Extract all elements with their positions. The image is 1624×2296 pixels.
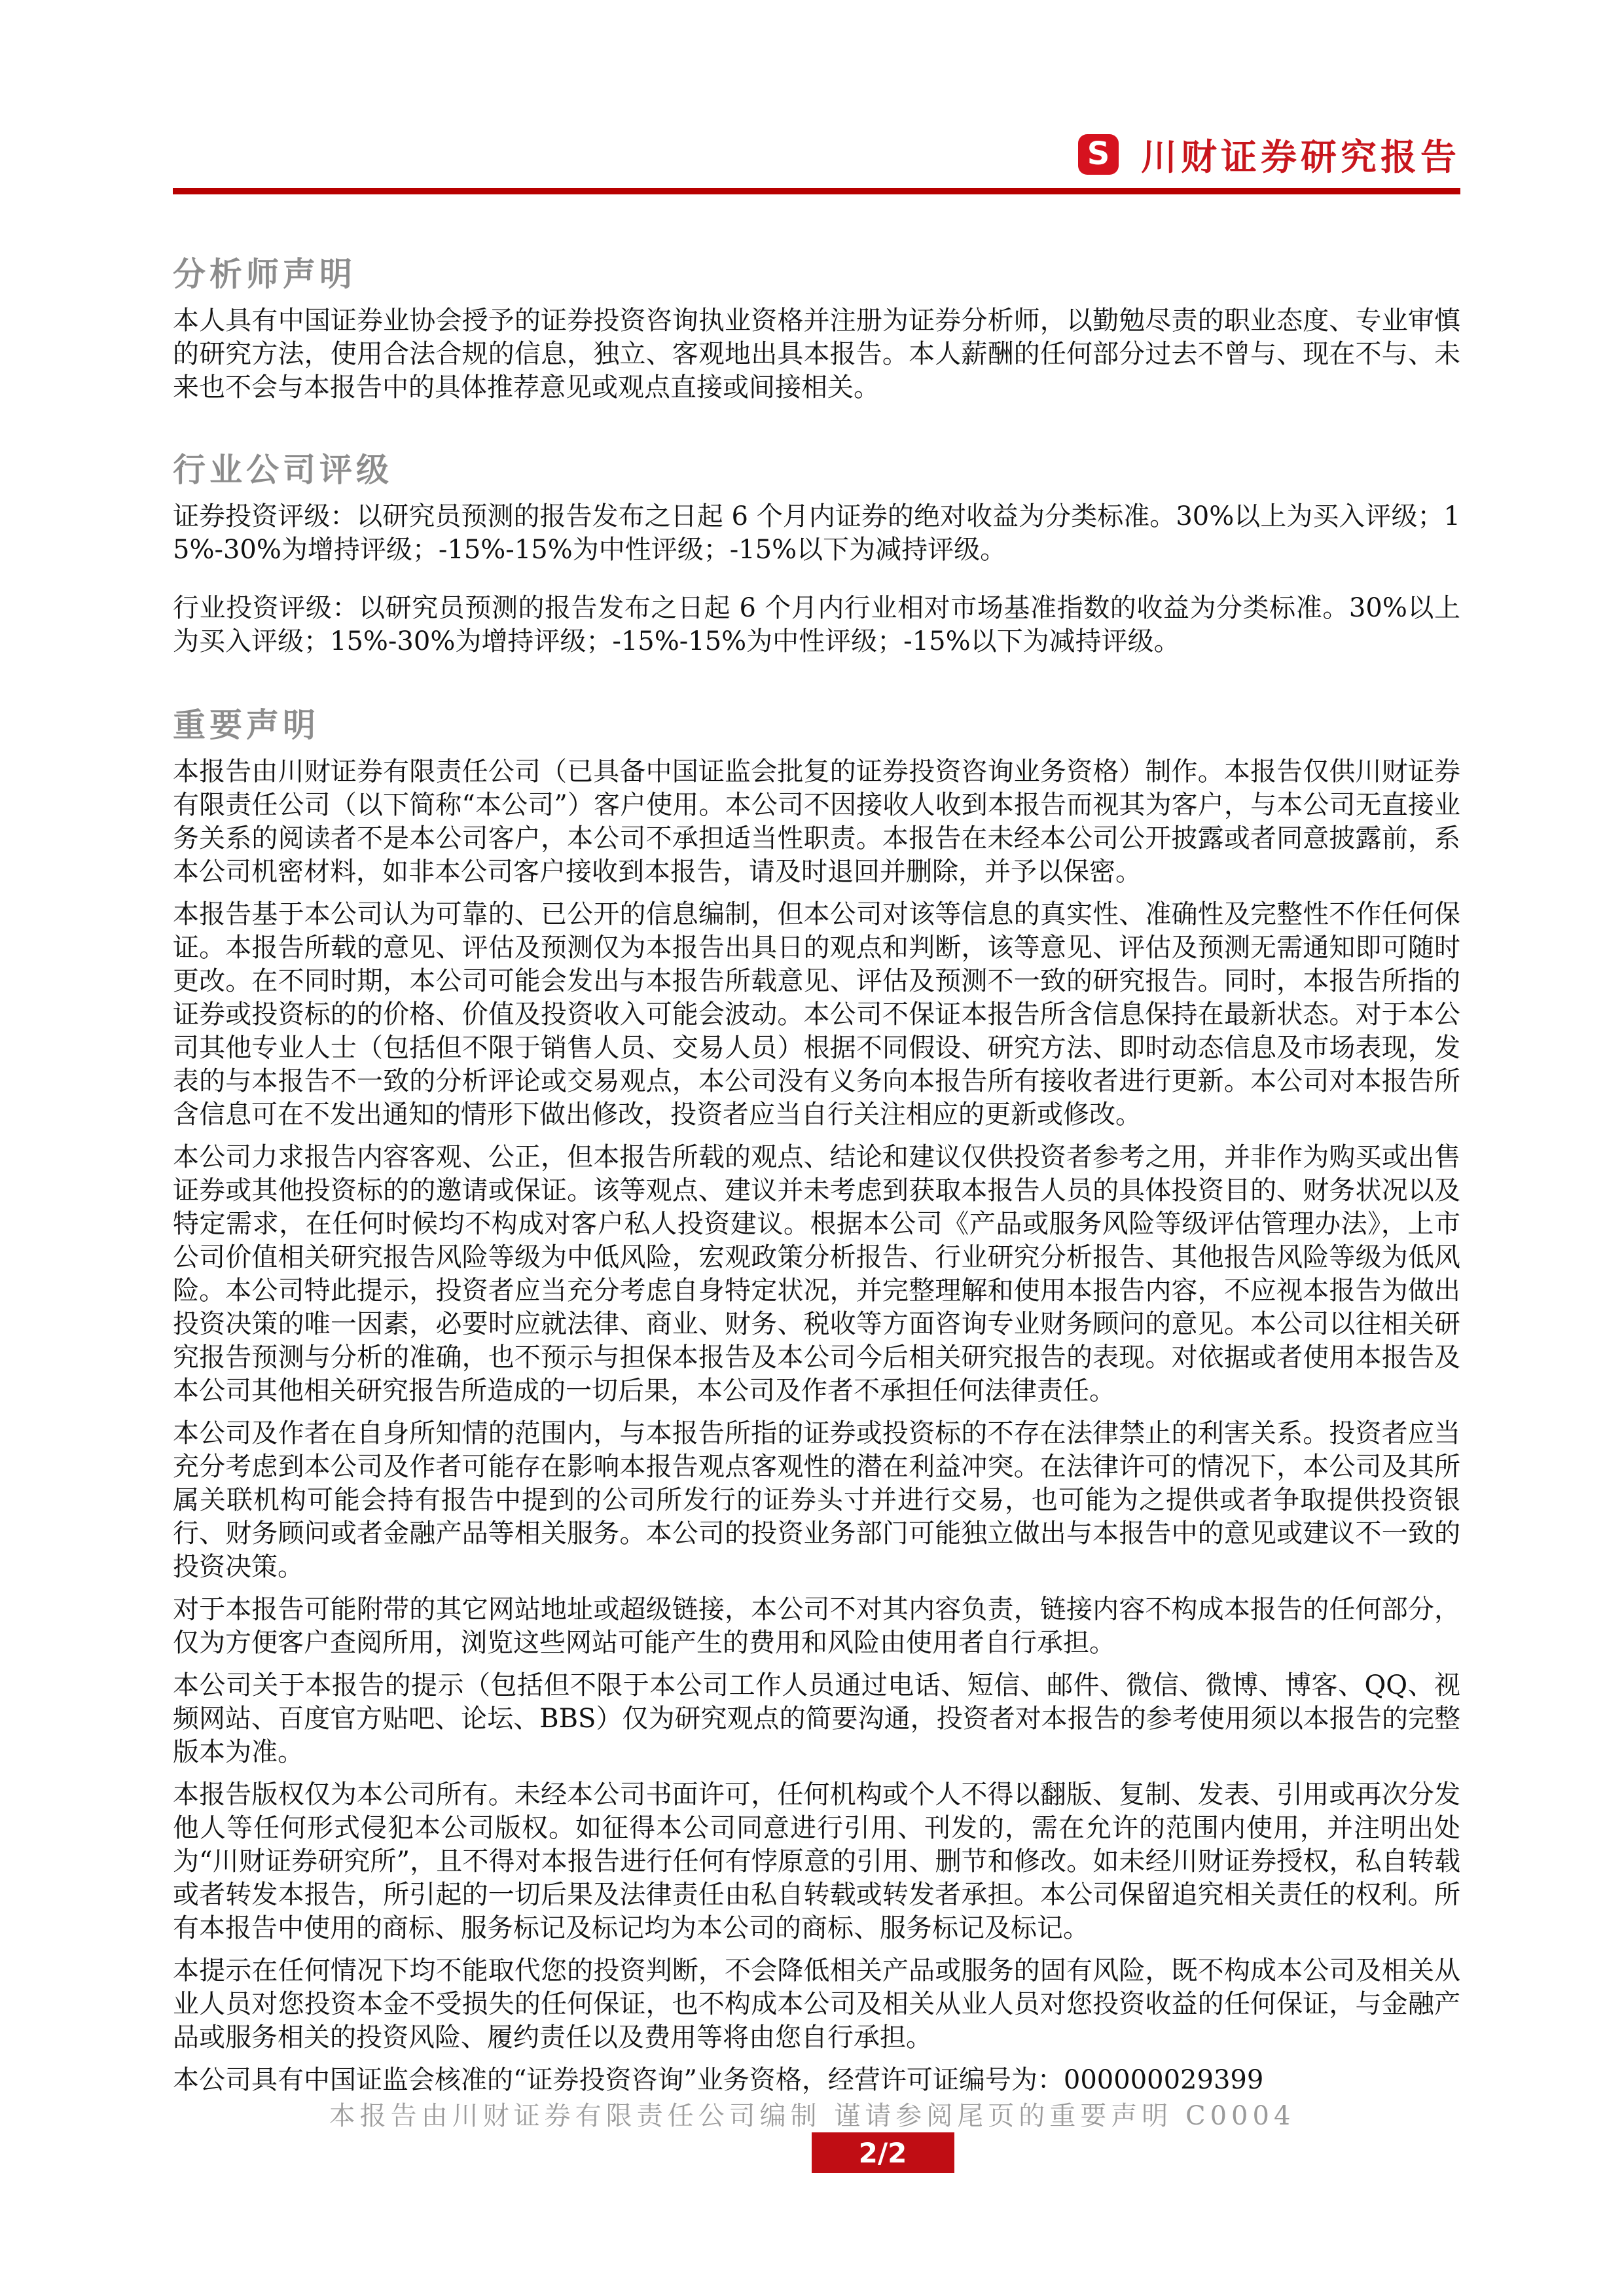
- page-number-badge: 2/2: [812, 2132, 954, 2173]
- section-heading: 重要声明: [173, 706, 1460, 745]
- paragraph: 本公司关于本报告的提示（包括但不限于本公司工作人员通过电话、短信、邮件、微信、微…: [173, 1669, 1460, 1769]
- section-important-statement: 重要声明 本报告由川财证券有限责任公司（已具备中国证监会批复的证券投资咨询业务资…: [173, 706, 1460, 2097]
- paragraph: 本报告由川财证券有限责任公司（已具备中国证监会批复的证券投资咨询业务资格）制作。…: [173, 755, 1460, 889]
- section-analyst-statement: 分析师声明 本人具有中国证券业协会授予的证券投资咨询执业资格并注册为证券分析师，…: [173, 255, 1460, 404]
- paragraph: 本公司具有中国证监会核准的“证券投资咨询”业务资格，经营许可证编号为：00000…: [173, 2064, 1460, 2097]
- page-footer: 本报告由川财证券有限责任公司编制 谨请参阅尾页的重要声明 C0004 2/2: [0, 2093, 1624, 2296]
- footer-disclaimer-text: 本报告由川财证券有限责任公司编制 谨请参阅尾页的重要声明 C0004: [0, 2095, 1624, 2132]
- section-heading: 分析师声明: [173, 255, 1460, 294]
- brand-title: 川财证券研究报告: [1141, 128, 1460, 180]
- section-industry-company-rating: 行业公司评级 证券投资评级：以研究员预测的报告发布之日起 6 个月内证券的绝对收…: [173, 450, 1460, 658]
- paragraph: 行业投资评级：以研究员预测的报告发布之日起 6 个月内行业相对市场基准指数的收益…: [173, 592, 1460, 658]
- paragraph: 本报告基于本公司认为可靠的、已公开的信息编制，但本公司对该等信息的真实性、准确性…: [173, 898, 1460, 1132]
- paragraph: 本公司及作者在自身所知情的范围内，与本报告所指的证券或投资标的不存在法律禁止的利…: [173, 1417, 1460, 1584]
- brand-logo-icon: S: [1078, 134, 1119, 175]
- paragraph: 证券投资评级：以研究员预测的报告发布之日起 6 个月内证券的绝对收益为分类标准。…: [173, 500, 1460, 567]
- paragraph: 本人具有中国证券业协会授予的证券投资咨询执业资格并注册为证券分析师，以勤勉尽责的…: [173, 304, 1460, 404]
- header-rule-divider: [173, 188, 1460, 194]
- section-heading: 行业公司评级: [173, 450, 1460, 490]
- paragraph: 本公司力求报告内容客观、公正，但本报告所载的观点、结论和建议仅供投资者参考之用，…: [173, 1141, 1460, 1408]
- page-content: S 川财证券研究报告 分析师声明 本人具有中国证券业协会授予的证券投资咨询执业资…: [0, 0, 1624, 2097]
- paragraph: 对于本报告可能附带的其它网站地址或超级链接，本公司不对其内容负责，链接内容不构成…: [173, 1593, 1460, 1660]
- page-header: S 川财证券研究报告: [173, 0, 1460, 180]
- logo-s-glyph: S: [1087, 138, 1110, 170]
- report-page: S 川财证券研究报告 分析师声明 本人具有中国证券业协会授予的证券投资咨询执业资…: [0, 0, 1624, 2296]
- paragraph: 本提示在任何情况下均不能取代您的投资判断，不会降低相关产品或服务的固有风险，既不…: [173, 1954, 1460, 2054]
- paragraph: 本报告版权仅为本公司所有。未经本公司书面许可，任何机构或个人不得以翻版、复制、发…: [173, 1778, 1460, 1945]
